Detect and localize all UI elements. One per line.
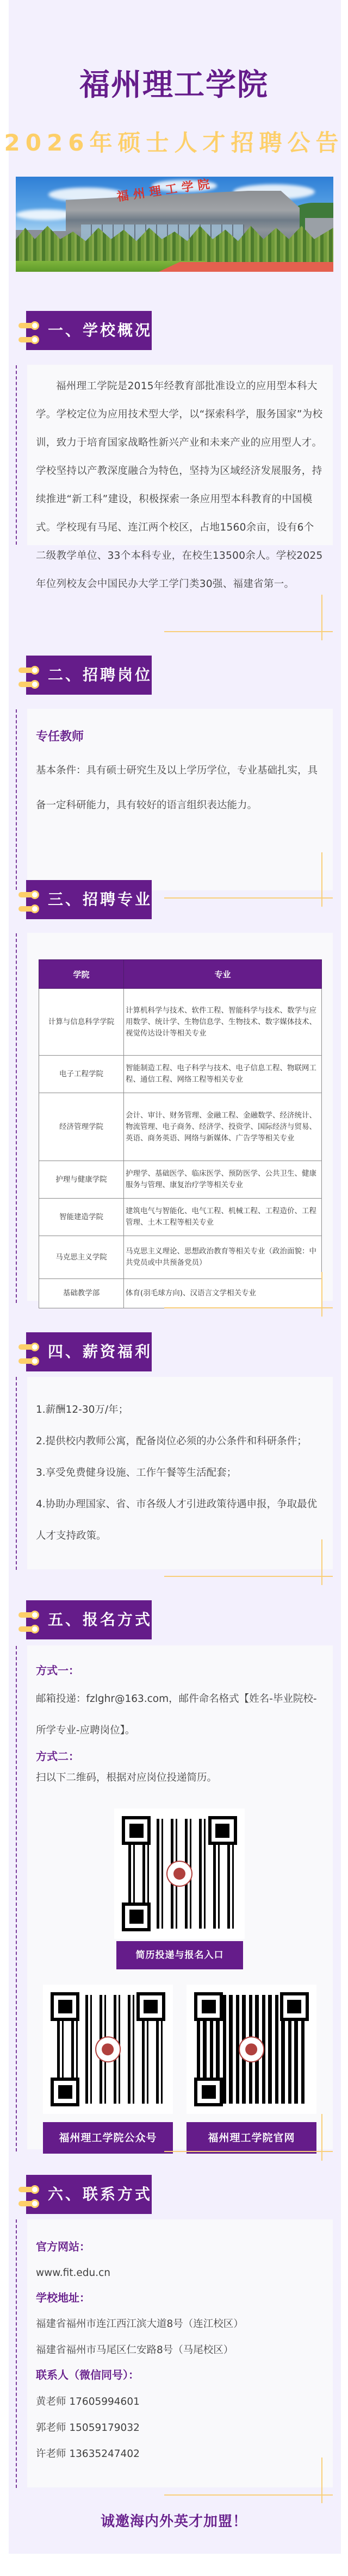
corner-accent (321, 595, 322, 640)
corner-accent (164, 897, 333, 899)
positions-card: 专任教师 基本条件：具有硕士研究生及以上学历学位，专业基础扎实，具备一定科研能力… (27, 709, 333, 890)
page-subtitle: 2026年硕士人才招聘公告 (0, 128, 348, 158)
method2-text: 扫以下二维码，根据对应岗位投递简历。 (27, 1764, 333, 1792)
campus-photo: 福州理工学院 (16, 177, 333, 272)
college-cell: 计算与信息科学学院 (39, 989, 124, 1056)
school-logo-icon (239, 2036, 265, 2062)
major-cell: 智能制造工程、电子科学与技术、电子信息工程、物联网工程、通信工程、网络工程等相关… (124, 1056, 322, 1093)
major-cell: 建筑电气与智能化、电气工程、机械工程、工程造价、工程管理、土木工程等相关专业 (124, 1199, 322, 1236)
school-logo-icon (95, 2036, 121, 2062)
college-cell: 智能建造学院 (39, 1199, 124, 1236)
table-header-college: 学院 (39, 960, 124, 989)
binder-clip-icon (18, 1626, 38, 1632)
address-label: 学校地址： (36, 2289, 90, 2305)
binder-clip-icon (18, 1344, 38, 1350)
benefits-list: 1.薪酬12-30万/年； 2.提供校内教师公寓，配备岗位必须的办公条件和科研条… (27, 1394, 333, 1552)
corner-accent (164, 631, 333, 632)
binder-clip-icon (18, 892, 38, 897)
section-heading-contact: 六、联系方式 (26, 2175, 152, 2214)
binder-clip-icon (18, 668, 38, 673)
corner-accent (321, 1272, 322, 1317)
contact-person: 许老师 13635247402 (27, 2441, 148, 2467)
table-header-major: 专业 (124, 960, 322, 989)
dashed-divider (16, 2219, 17, 2488)
corner-accent (164, 2494, 333, 2496)
binder-clip-icon (18, 682, 38, 687)
binder-clip-icon (18, 337, 38, 342)
corner-accent (321, 852, 322, 907)
section-heading-benefits: 四、薪资福利 (26, 1332, 152, 1371)
section-heading-majors: 三、招聘专业 (26, 880, 152, 919)
website-qr-code[interactable] (187, 1985, 316, 2114)
college-cell: 马克思主义学院 (39, 1236, 124, 1279)
section-heading-positions: 二、招聘岗位 (26, 656, 152, 695)
binder-clip-icon (18, 2187, 38, 2192)
dashed-divider (16, 1377, 17, 1570)
official-website-button[interactable]: 福州理工学院官网 (187, 2122, 316, 2154)
dashed-divider (16, 933, 17, 1303)
binder-clip-icon (18, 1612, 38, 1618)
address-mawei: 福建省福州市马尾区仁安路8号（马尾校区） (27, 2335, 242, 2366)
table-row: 基础教学部 体育(羽毛球方向)、汉语言文学相关专业 (39, 1279, 322, 1308)
contact-person: 黄老师 17605994601 (27, 2389, 148, 2415)
corner-accent (164, 2151, 333, 2152)
table-row: 护理与健康学院 护理学、基础医学、临床医学、预防医学、公共卫生、健康服务与管理、… (39, 1161, 322, 1199)
position-requirements: 基本条件：具有硕士研究生及以上学历学位，专业基础扎实，具备一定科研能力，具有较好… (27, 753, 333, 823)
wechat-account-button[interactable]: 福州理工学院公众号 (43, 2122, 173, 2154)
position-title: 专任教师 (36, 727, 84, 744)
major-cell: 马克思主义理论、思想政治教育等相关专业（政治面貌：中共党员或中共预备党员） (124, 1236, 322, 1279)
corner-accent (164, 1576, 333, 1577)
contact-person: 郭老师 15059179032 (27, 2415, 148, 2441)
majors-table: 学院 专业 计算与信息科学学院 计算机科学与技术、软件工程、智能科学与技术、数学… (39, 959, 322, 1308)
binder-clip-icon (18, 1358, 38, 1364)
wechat-qr-code[interactable] (43, 1985, 173, 2114)
table-row: 马克思主义学院 马克思主义理论、思想政治教育等相关专业（政治面貌：中共党员或中共… (39, 1236, 322, 1279)
major-cell: 护理学、基础医学、临床医学、预防医学、公共卫生、健康服务与管理、康复治疗学等相关… (124, 1161, 322, 1199)
overview-card: 福州理工学院是2015年经教育部批准设立的应用型本科大学。学校定位为应用技术型大… (27, 365, 333, 545)
college-cell: 电子工程学院 (39, 1056, 124, 1093)
major-cell: 会计、审计、财务管理、金融工程、金融数学、经济统计、物流管理、电子商务、经济学、… (124, 1093, 322, 1161)
section-heading-overview: 一、学校概况 (26, 311, 152, 350)
corner-accent (321, 2458, 322, 2503)
majors-card: 学院 专业 计算与信息科学学院 计算机科学与技术、软件工程、智能科学与技术、数学… (27, 933, 333, 1301)
dashed-divider (16, 709, 17, 890)
website-label: 官方网站： (36, 2238, 90, 2254)
dashed-divider (16, 365, 17, 545)
method1-text: 邮箱投递：fzlghr@163.com，邮件命名格式【姓名-毕业院校-所学专业-… (27, 1683, 327, 1747)
contact-people-label: 联系人（微信同号）： (36, 2366, 139, 2382)
major-cell: 体育(羽毛球方向)、汉语言文学相关专业 (124, 1279, 322, 1308)
table-row: 经济管理学院 会计、审计、财务管理、金融工程、金融数学、经济统计、物流管理、电子… (39, 1093, 322, 1161)
table-row: 智能建造学院 建筑电气与智能化、电气工程、机械工程、工程造价、工程管理、土木工程… (39, 1199, 322, 1236)
major-cell: 计算机科学与技术、软件工程、智能科学与技术、数学与应用数学、统计学、生物信息学、… (124, 989, 322, 1056)
contact-card: 官方网站： www.fit.edu.cn 学校地址： 福建省福州市连江西江滨大道… (27, 2219, 333, 2487)
application-entry-button[interactable]: 简历投递与报名入口 (116, 1941, 243, 1969)
website-link[interactable]: www.fit.edu.cn (27, 2257, 119, 2289)
college-cell: 基础教学部 (39, 1279, 124, 1308)
dashed-divider (16, 1646, 17, 2151)
benefit-item: 4.协助办理国家、省、市各级人才引进政策待遇申报，争取最优人才支持政策。 (27, 1489, 333, 1552)
benefits-card: 1.薪酬12-30万/年； 2.提供校内教师公寓，配备岗位必须的办公条件和科研条… (27, 1377, 333, 1569)
table-row: 电子工程学院 智能制造工程、电子科学与技术、电子信息工程、物联网工程、通信工程、… (39, 1056, 322, 1093)
closing-slogan: 诚邀海内外英才加盟！ (0, 2510, 348, 2530)
application-qr-code[interactable] (114, 1808, 245, 1939)
binder-clip-icon (18, 323, 38, 328)
corner-accent (164, 1307, 333, 1308)
college-cell: 经济管理学院 (39, 1093, 124, 1161)
school-logo-icon (166, 1861, 192, 1887)
benefit-item: 2.提供校内教师公寓，配备岗位必须的办公条件和科研条件； (27, 1426, 333, 1457)
binder-clip-icon (18, 906, 38, 912)
binder-clip-icon (18, 2201, 38, 2206)
benefit-item: 1.薪酬12-30万/年； (27, 1394, 333, 1426)
benefit-item: 3.享受免费健身设施、工作午餐等生活配套； (27, 1457, 333, 1489)
page-title: 福州理工学院 (0, 66, 348, 104)
method1-label: 方式一： (36, 1662, 79, 1677)
table-row: 计算与信息科学学院 计算机科学与技术、软件工程、智能科学与技术、数学与应用数学、… (39, 989, 322, 1056)
corner-accent (321, 1539, 322, 1585)
method2-label: 方式二： (36, 1748, 79, 1763)
overview-text: 福州理工学院是2015年经教育部批准设立的应用型本科大学。学校定位为应用技术型大… (27, 365, 333, 598)
apply-card: 方式一： 邮箱投递：fzlghr@163.com，邮件命名格式【姓名-毕业院校-… (27, 1645, 333, 2149)
section-heading-apply: 五、报名方式 (26, 1600, 152, 1639)
corner-accent (321, 2114, 322, 2161)
college-cell: 护理与健康学院 (39, 1161, 124, 1199)
